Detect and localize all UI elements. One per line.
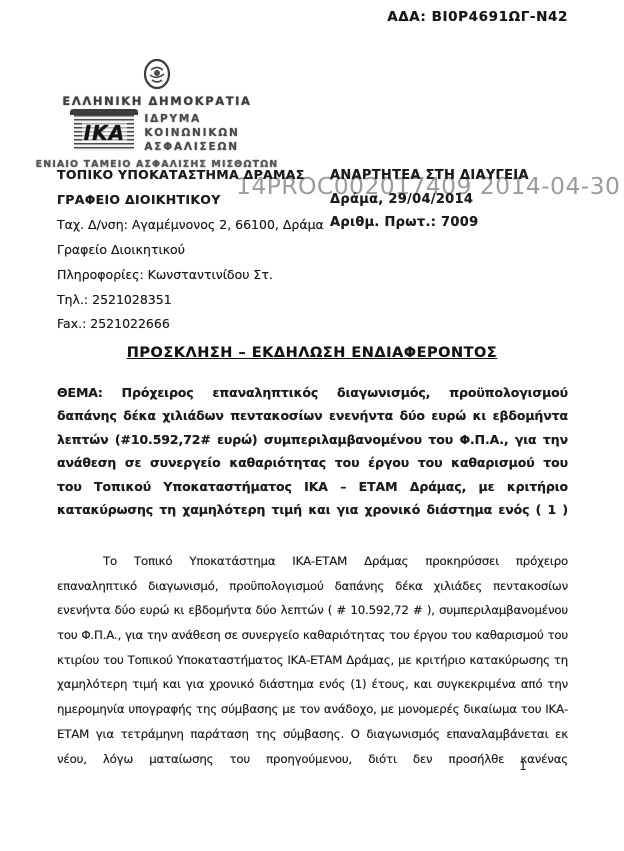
text-line: δαπάνης δέκα χιλιάδων πεντακοσίων ενενήν… xyxy=(57,404,568,427)
document-page: ΑΔΑ: ΒΙ0Ρ4691ΩΓ-Ν42 14PROC002017409 2014… xyxy=(0,0,624,851)
ika-logo-row: ΙΚΑ ΙΔΡΥΜΑ ΚΟΙΝΩΝΙΚΩΝ ΑΣΦΑΛΙΣΕΩΝ xyxy=(57,112,257,154)
sender-block: ΤΟΠΙΚΟ ΥΠΟΚΑΤΑΣΤΗΜΑ ΔΡΑΜΑΣ ΓΡΑΦΕΙΟ ΔΙΟΙΚ… xyxy=(57,163,324,337)
org-name-line: ΚΟΙΝΩΝΙΚΩΝ xyxy=(144,126,239,140)
org-name-line: ΙΔΡΥΜΑ xyxy=(144,112,239,126)
ada-code: ΑΔΑ: ΒΙ0Ρ4691ΩΓ-Ν42 xyxy=(387,9,568,25)
body-paragraph: Το Τοπικό Υποκατάστημα ΙΚΑ-ΕΤΑΜ Δράμας π… xyxy=(57,549,568,771)
text-line: νέου, λόγω ματαίωσης του προηγούμενου, δ… xyxy=(57,747,568,772)
sender-branch: ΤΟΠΙΚΟ ΥΠΟΚΑΤΑΣΤΗΜΑ ΔΡΑΜΑΣ xyxy=(57,163,324,188)
sender-office: Γραφείο Διοικητικού xyxy=(57,238,324,263)
sender-contact-person: Πληροφορίες: Κωνσταντινίδου Στ. xyxy=(57,263,324,288)
sender-address: Ταχ. Δ/νση: Αγαμέμνονος 2, 66100, Δράμα xyxy=(57,213,324,238)
diavgeia-note: ΑΝΑΡΤΗΤΕΑ ΣΤΗ ΔΙΑΥΓΕΙΑ xyxy=(330,164,529,188)
republic-title: ΕΛΛΗΝΙΚΗ ΔΗΜΟΚΡΑΤΙΑ xyxy=(57,94,257,108)
sender-fax: Fax.: 2521022666 xyxy=(57,312,324,337)
document-date: Δράμα, 29/04/2014 xyxy=(330,188,529,212)
national-emblem-icon xyxy=(142,58,172,90)
protocol-number: Αριθμ. Πρωτ.: 7009 xyxy=(330,211,529,235)
org-name-line: ΑΣΦΑΛΙΣΕΩΝ xyxy=(144,140,239,154)
agency-letterhead: ΕΛΛΗΝΙΚΗ ΔΗΜΟΚΡΑΤΙΑ ΙΚΑ ΙΔΡΥΜΑ ΚΟΙΝΩΝΙΚΩ… xyxy=(57,58,257,170)
subject-paragraph: ΘΕΜΑ: Πρόχειρος επαναληπτικός διαγωνισμό… xyxy=(57,381,568,521)
ika-building-logo: ΙΚΑ xyxy=(74,115,134,151)
text-line: ημερομηνία υπογραφής της σύμβασης με τον… xyxy=(57,697,568,722)
text-line: ανάθεση σε συνεργείο καθαριότητας του έρ… xyxy=(57,451,568,474)
text-line: του Φ.Π.Α., για την ανάθεση σε συνεργείο… xyxy=(57,623,568,648)
text-line: ΕΤΑΜ για τετράμηνη παράταση της σύμβασης… xyxy=(57,722,568,747)
text-line: ΘΕΜΑ: Πρόχειρος επαναληπτικός διαγωνισμό… xyxy=(57,381,568,404)
sender-office-caps: ΓΡΑΦΕΙΟ ΔΙΟΙΚΗΤΙΚΟΥ xyxy=(57,188,324,213)
text-line: ενενήντα δύο ευρώ κι εβδομήντα δύο λεπτώ… xyxy=(57,598,568,623)
org-name: ΙΔΡΥΜΑ ΚΟΙΝΩΝΙΚΩΝ ΑΣΦΑΛΙΣΕΩΝ xyxy=(144,112,239,154)
text-line: χαμηλότερη τιμή και για χρονικό διάστημα… xyxy=(57,672,568,697)
protocol-block: ΑΝΑΡΤΗΤΕΑ ΣΤΗ ΔΙΑΥΓΕΙΑ Δράμα, 29/04/2014… xyxy=(330,164,529,235)
text-line: κτιρίου του Τοπικού Υποκαταστήματος ΙΚΑ-… xyxy=(57,648,568,673)
text-line: λεπτών (#10.592,72# ευρώ) συμπεριλαμβανο… xyxy=(57,428,568,451)
sender-phone: Τηλ.: 2521028351 xyxy=(57,288,324,313)
document-title: ΠΡΟΣΚΛΗΣΗ – ΕΚΔΗΛΩΣΗ ΕΝΔΙΑΦΕΡΟΝΤΟΣ xyxy=(0,345,624,361)
text-line: Το Τοπικό Υποκατάστημα ΙΚΑ-ΕΤΑΜ Δράμας π… xyxy=(57,549,568,574)
text-line: κατακύρωσης τη χαμηλότερη τιμή και για χ… xyxy=(57,498,568,521)
text-line: του Τοπικού Υποκαταστήματος ΙΚΑ – ΕΤΑΜ Δ… xyxy=(57,475,568,498)
ika-acronym: ΙΚΑ xyxy=(82,123,127,143)
page-number: 1 xyxy=(519,758,527,773)
text-line: επαναληπτικό διαγωνισμό, προϋπολογισμού … xyxy=(57,574,568,599)
